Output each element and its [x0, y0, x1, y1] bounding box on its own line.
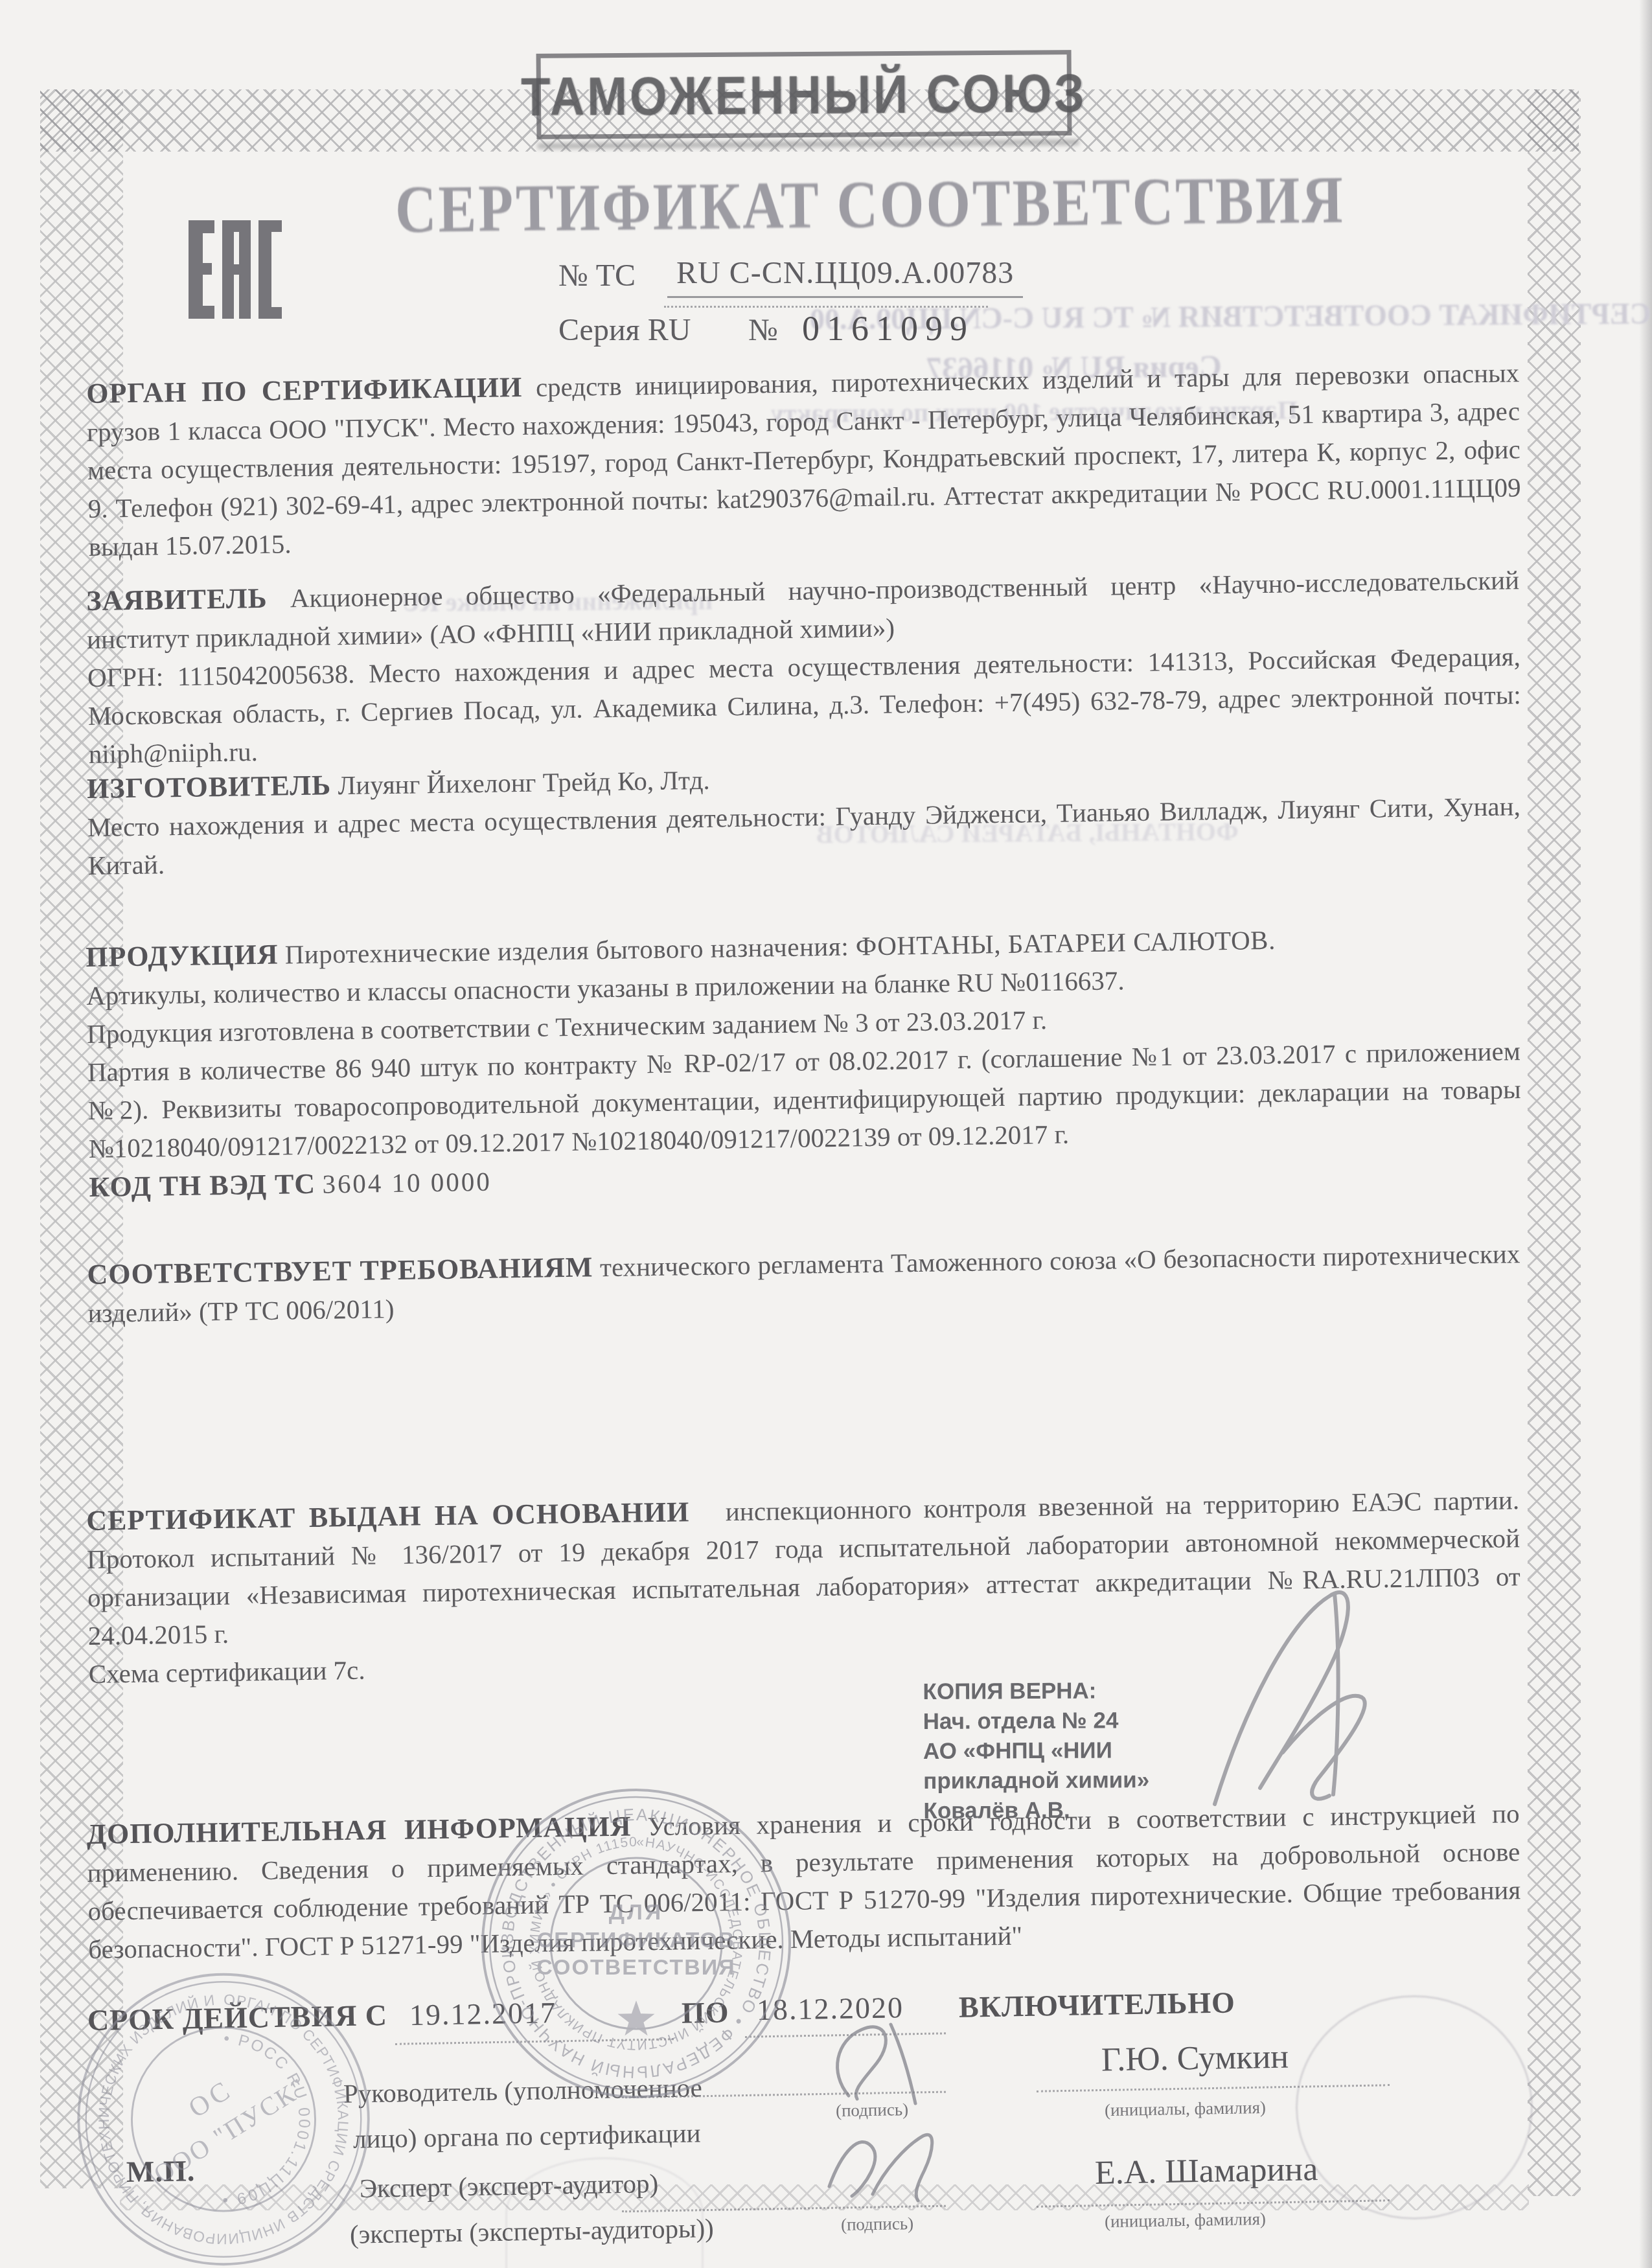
copy-verna-line4: прикладной химии»	[923, 1765, 1149, 1796]
series-label: Серия RU	[558, 312, 691, 348]
head-role-line2: лицо) органа по сертификации	[353, 2114, 701, 2157]
section-manufacturer: ИЗГОТОВИТЕЛЬ Лиуянг Йихелонг Трейд Ко, Л…	[87, 748, 1521, 885]
section-applicant: ЗАЯВИТЕЛЬ Акционерное общество «Федераль…	[86, 560, 1522, 773]
scan-edge-shadow	[1639, 0, 1652, 2268]
section-complies: СООТВЕТСТВУЕТ ТРЕБОВАНИЯМ технического р…	[87, 1234, 1521, 1333]
border-right-ornament	[1528, 89, 1581, 2196]
ghost-stamp-circle	[1296, 1995, 1533, 2219]
issued-basis-label: СЕРТИФИКАТ ВЫДАН НА ОСНОВАНИИ	[86, 1496, 690, 1537]
niiph-stamp-star-icon	[618, 2000, 655, 2035]
number-underline-dots	[664, 306, 988, 308]
niiph-stamp-center-line3: СООТВЕТСТВИЯ	[536, 1955, 735, 1980]
expert-role-line2: (эксперты (эксперты-аудиторы))	[350, 2209, 715, 2253]
certificate-title: СЕРТИФИКАТ СООТВЕТСТВИЯ	[395, 164, 1173, 249]
tnved-code-value: 3604 10 0000	[322, 1167, 492, 1199]
manufacturer-label: ИЗГОТОВИТЕЛЬ	[87, 769, 332, 805]
section-additional-info: ДОПОЛНИТЕЛЬНАЯ ИНФОРМАЦИЯ Условия хранен…	[86, 1794, 1521, 1969]
expert-signature	[813, 2122, 969, 2206]
series-value: 0161099	[802, 308, 974, 349]
niiph-round-stamp: АКЦИОНЕРНОЕ ОБЩЕСТВО • ФЕДЕРАЛЬНЫЙ НАУЧН…	[479, 1787, 793, 2100]
copy-verna-line1: КОПИЯ ВЕРНА:	[923, 1676, 1149, 1707]
production-label: ПРОДУКЦИЯ	[86, 939, 279, 973]
manufacturer-name: Лиуянг Йихелонг Трейд Ко, Лтд.	[338, 765, 710, 801]
series-no-sign: №	[748, 312, 778, 348]
head-name: Г.Ю. Сумкин	[1101, 2037, 1289, 2079]
expert-sign-caption: (подпись)	[841, 2214, 914, 2235]
pusk-round-stamp: ОРГАН ПО СЕРТИФИКАЦИИ СРЕДСТВ ИНИЦИИРОВА…	[68, 1971, 379, 2268]
complies-label: СООТВЕТСТВУЕТ ТРЕБОВАНИЯМ	[87, 1251, 593, 1290]
tnved-code-label: КОД ТН ВЭД ТС	[89, 1168, 315, 1203]
copy-verna-line2: Нач. отдела № 24	[923, 1706, 1149, 1737]
head-sign-caption: (подпись)	[836, 2100, 909, 2121]
customs-union-banner: ТАМОЖЕННЫЙ СОЮЗ	[536, 50, 1072, 139]
validity-inclusive-label: ВКЛЮЧИТЕЛЬНО	[959, 1985, 1236, 2024]
certificate-number-label: № ТС	[558, 258, 636, 293]
production-line4: Партия в количестве 86 940 штук по контр…	[87, 1032, 1522, 1168]
certification-body-label: ОРГАН ПО СЕРТИФИКАЦИИ	[86, 371, 523, 409]
section-production: ПРОДУКЦИЯ Пиротехнические изделия бытово…	[86, 917, 1522, 1207]
expert-name-caption: (инициалы, фамилия)	[1105, 2209, 1266, 2232]
niiph-stamp-center-line1: ДЛЯ	[609, 1900, 664, 1925]
expert-role-line1: Эксперт (эксперт-аудитор)	[360, 2164, 659, 2207]
copy-verna-line3: АО «ФНПЦ «НИИ	[923, 1735, 1149, 1767]
customs-union-text: ТАМОЖЕННЫЙ СОЮЗ	[521, 62, 1087, 127]
certificate-page: СЕРТИФИКАТ СООТВЕТСТВИЯ № ТС RU C-CN.ЦЦ0…	[0, 0, 1652, 2268]
expert-name: Е.А. Шамарина	[1095, 2150, 1318, 2192]
certificate-number-value: RU C-CN.ЦЦ09.А.00783	[667, 255, 1023, 298]
section-certification-body: ОРГАН ПО СЕРТИФИКАЦИИ средств инициирова…	[86, 353, 1522, 566]
applicant-label: ЗАЯВИТЕЛЬ	[86, 582, 268, 617]
head-name-caption: (инициалы, фамилия)	[1105, 2098, 1266, 2120]
niiph-stamp-center-line2: СЕРТИФИКАТОВ	[537, 1928, 736, 1953]
eac-logo-icon	[186, 218, 283, 321]
